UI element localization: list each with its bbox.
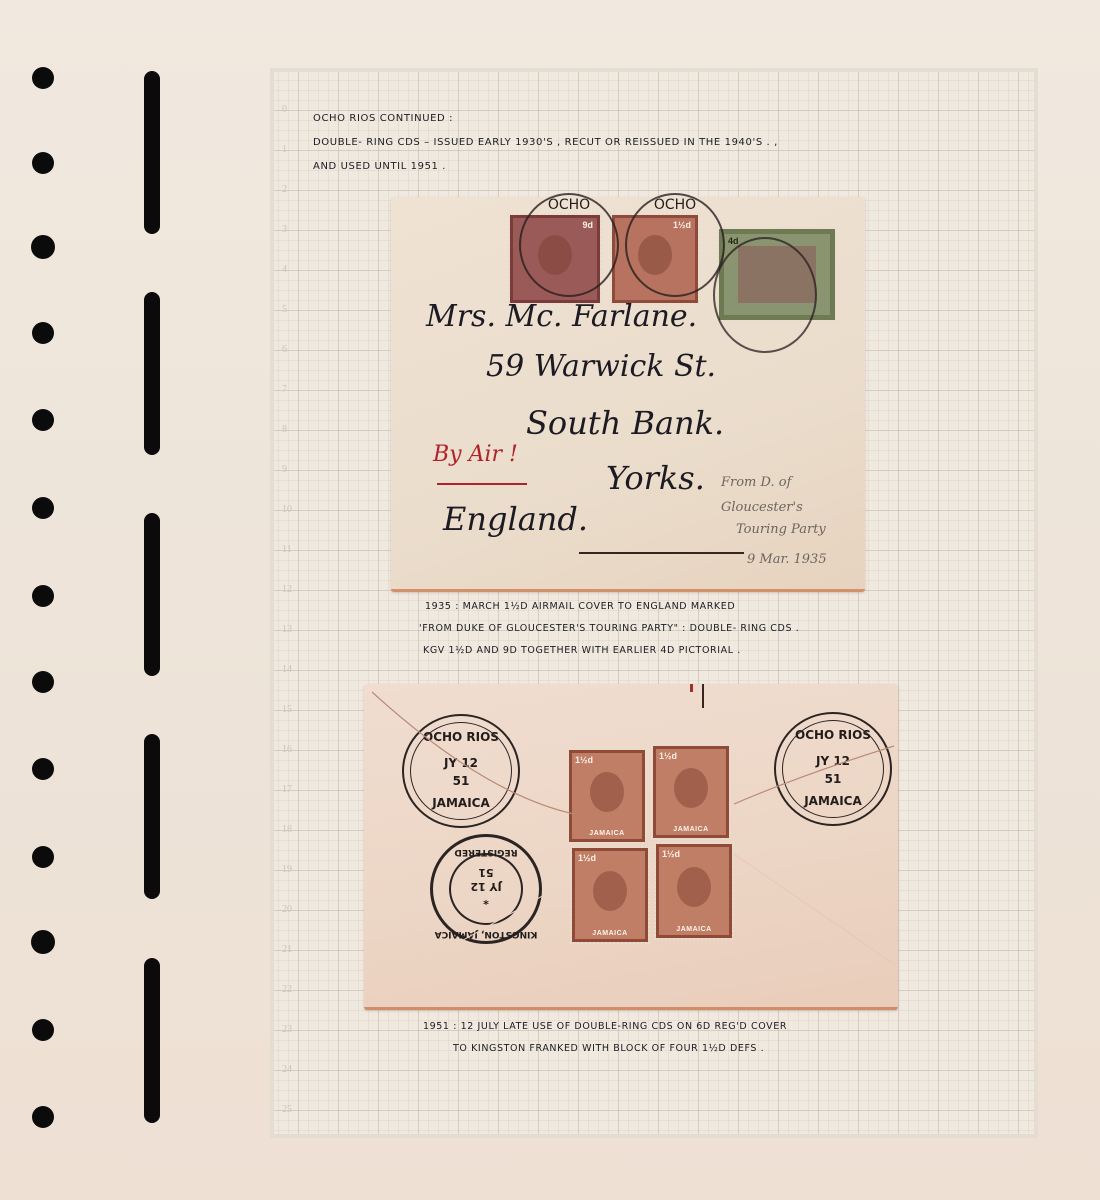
portrait-icon [677, 867, 711, 907]
postmark-country: JAMAICA [776, 794, 890, 808]
header-note: Ocho Rios Continued : Double- Ring CDS –… [313, 107, 778, 179]
binder-hole [32, 322, 54, 344]
stamp-kgvi-1-5d[interactable]: 1½d JAMAICA [567, 748, 647, 844]
binder-hole [32, 67, 54, 89]
by-air-mark: By Air ! [433, 442, 518, 467]
address-line-district: South Bank. [526, 404, 724, 442]
caption-1951: 1951 : 12 July Late use of Double-Ring C… [423, 1016, 787, 1060]
header-note-line: Ocho Rios Continued : [313, 107, 778, 131]
caption-1935: 1935 : March 1½d Airmail Cover to Englan… [425, 596, 799, 662]
address-line-county: Yorks. [606, 459, 705, 497]
grid-row-label: 7 [282, 384, 287, 395]
binder-hole [32, 758, 54, 780]
grid-row-label: 3 [282, 224, 287, 235]
grid-row-label: 22 [282, 984, 292, 995]
grid-row-label: 2 [282, 184, 287, 195]
grid-row-label: 9 [282, 464, 287, 475]
postmark-year: 51 [404, 774, 518, 788]
caption-line: 1935 : March 1½d Airmail Cover to Englan… [425, 596, 799, 618]
header-note-line: and used until 1951 . [313, 155, 778, 179]
grid-row-label: 18 [282, 824, 292, 835]
binder-hole [32, 1106, 54, 1128]
postmark-date: JY 12 [404, 756, 518, 770]
binder-hole [32, 152, 54, 174]
caption-line: 1951 : 12 July Late use of Double-Ring C… [423, 1016, 787, 1038]
binder-hole [31, 235, 55, 259]
grid-row-label: 13 [282, 624, 292, 635]
stamp-denomination: 1½d [575, 755, 593, 765]
grid-row-label: 16 [282, 744, 292, 755]
binder-hole [32, 585, 54, 607]
grid-row-label: 23 [282, 1024, 292, 1035]
postmark-text: OCHO [627, 197, 723, 213]
stamp-denomination: 1½d [578, 853, 596, 863]
postmark-ocho-2: OCHO [625, 193, 725, 297]
binder-slot [144, 958, 160, 1123]
grid-row-label: 12 [282, 584, 292, 595]
pencil-note-2: Gloucester's [721, 500, 803, 515]
header-note-line: Double- Ring CDS – issued early 1930's ,… [313, 131, 778, 155]
postmark-year: 51 [776, 772, 890, 786]
stamp-denomination: 1½d [659, 751, 677, 761]
binder-hole [31, 930, 55, 954]
binder-slot [144, 513, 160, 676]
pencil-note-1: From D. of [721, 475, 791, 490]
grid-row-label: 11 [282, 544, 292, 555]
underline-country [579, 552, 744, 554]
binder-slot [144, 734, 160, 899]
postmark-ocho-rios-left: OCHO RIOS JY 12 51 JAMAICA [402, 714, 520, 828]
postmark-star: * [433, 894, 539, 907]
binder-hole [32, 1019, 54, 1041]
stamp-kgvi-1-5d[interactable]: 1½d JAMAICA [654, 842, 734, 940]
stamp-country: JAMAICA [575, 930, 645, 937]
underline-by-air [437, 483, 527, 485]
grid-row-label: 24 [282, 1064, 292, 1075]
postmark-town: KINGSTON, JAMAICA [433, 929, 539, 939]
postmark-country: JAMAICA [404, 796, 518, 810]
grid-row-label: 6 [282, 344, 287, 355]
postmark-year: 51 [433, 866, 539, 879]
stamp-kgvi-1-5d[interactable]: 1½d JAMAICA [570, 846, 650, 944]
caption-line: 'From Duke of Gloucester's Touring Party… [419, 618, 799, 640]
postmark-ocho-rios-right: OCHO RIOS JY 12 51 JAMAICA [774, 712, 892, 826]
caption-line: to Kingston Franked with Block of Four 1… [453, 1038, 787, 1060]
stamp-kgvi-1-5d[interactable]: 1½d JAMAICA [651, 744, 731, 840]
grid-row-label: 19 [282, 864, 292, 875]
cover-1935-airmail[interactable]: 9d 1½d 4d OCHO OCHO Mrs. Mc. Farlane. 59… [391, 197, 865, 592]
postmark-kingston-registered: KINGSTON, JAMAICA * JY 12 51 REGISTERED [430, 834, 542, 944]
postmark-date: JY 12 [433, 880, 539, 893]
portrait-icon [593, 871, 627, 911]
binder-slot [144, 292, 160, 455]
ink-mark [702, 684, 704, 708]
grid-row-label: 15 [282, 704, 292, 715]
postmark-town: OCHO RIOS [404, 730, 518, 744]
postmark-label: REGISTERED [433, 847, 539, 857]
grid-row-label: 1 [282, 144, 287, 155]
postmark-text: OCHO [521, 197, 617, 213]
pencil-note-3: Touring Party [736, 522, 826, 537]
grid-row-label: 0 [282, 104, 287, 115]
binder-hole [32, 497, 54, 519]
grid-row-label: 10 [282, 504, 292, 515]
postmark-ocho-3 [713, 237, 817, 353]
grid-row-label: 5 [282, 304, 287, 315]
stamp-denomination: 1½d [662, 849, 680, 859]
portrait-icon [674, 768, 708, 808]
portrait-icon [590, 772, 624, 812]
grid-row-label: 20 [282, 904, 292, 915]
grid-row-label: 21 [282, 944, 292, 955]
postmark-ocho-1: OCHO [519, 193, 619, 297]
grid-row-label: 17 [282, 784, 292, 795]
binder-slot [144, 71, 160, 234]
binder-hole [32, 671, 54, 693]
grid-row-label: 8 [282, 424, 287, 435]
stamp-country: JAMAICA [572, 830, 642, 837]
address-line-country: England. [443, 500, 588, 538]
grid-row-label: 4 [282, 264, 287, 275]
stamp-country: JAMAICA [659, 926, 729, 933]
red-mark [690, 684, 693, 692]
binder-hole [32, 409, 54, 431]
grid-row-label: 25 [282, 1104, 292, 1115]
cover-1951-registered[interactable]: 1½d JAMAICA 1½d JAMAICA 1½d JAMAICA 1½d … [364, 684, 898, 1010]
address-line-street: 59 Warwick St. [486, 349, 716, 384]
stamp-country: JAMAICA [656, 826, 726, 833]
address-line-name: Mrs. Mc. Farlane. [426, 299, 697, 334]
postmark-town: OCHO RIOS [776, 728, 890, 742]
pencil-note-4: 9 Mar. 1935 [747, 552, 827, 567]
grid-row-label: 14 [282, 664, 292, 675]
album-page: 0123456789101112131415161718192021222324… [0, 0, 1100, 1200]
postmark-date: JY 12 [776, 754, 890, 768]
binder-hole [32, 846, 54, 868]
caption-line: KGV 1½d and 9d together with earlier 4d … [423, 640, 799, 662]
